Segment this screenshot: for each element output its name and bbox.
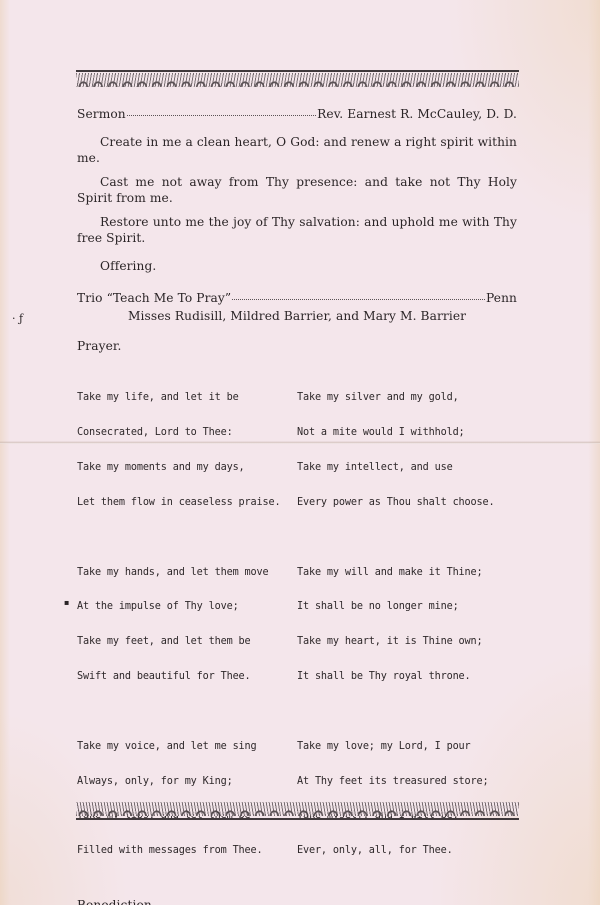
hymn-line: Every power as Thou shalt choose. [297,497,517,509]
top-border-rule [76,70,519,72]
hymn-line: At the impulse of Thy love; [77,601,297,613]
trio-line: Trio “Teach Me To Pray” Penn [77,288,517,306]
hymn-line: Take my love; my Lord, I pour [297,741,517,753]
trio-label: Trio “Teach Me To Pray” [77,290,231,306]
hymn-line: Take my voice, and let me sing [77,741,297,753]
bottom-border-rule [76,818,519,820]
hymn-line: It shall be Thy royal throne. [297,671,517,683]
hymn-line: Filled with messages from Thee. [77,845,297,857]
hymn-line: Swift and beautiful for Thee. [77,671,297,683]
hymn-stanza: Take my hands, and let them move At the … [77,543,297,705]
trio-composer: Penn [486,290,517,306]
dot-leader [232,288,485,302]
hymn-line: Ever, only, all, for Thee. [297,845,517,857]
hymn-line: Take my silver and my gold, [297,392,517,404]
margin-mark: · ƒ [12,312,23,325]
dot-leader [127,104,316,118]
sermon-speaker: Rev. Earnest R. McCauley, D. D. [317,106,517,122]
hymn-line: Take my moments and my days, [77,462,297,474]
scripture-verse-3: Restore unto me the joy of Thy salvation… [77,214,517,246]
hymn-line: Take my intellect, and use [297,462,517,474]
hymn-stanza: Take my love; my Lord, I pour At Thy fee… [297,718,517,880]
prayer-item: Prayer. [77,338,517,354]
hymn-stanza: Take my will and make it Thine; It shall… [297,543,517,705]
hymn-line: Take my will and make it Thine; [297,567,517,579]
hymn-line: Take my heart, it is Thine own; [297,636,517,648]
sermon-label: Sermon [77,106,126,122]
hymn-line: At Thy feet its treasured store; [297,776,517,788]
hymn-line: Let them flow in ceaseless praise. [77,497,297,509]
hymn-stanza: Take my silver and my gold, Not a mite w… [297,369,517,531]
scripture-verse-1: Create in me a clean heart, O God: and r… [77,134,517,166]
hymn-line: It shall be no longer mine; [297,601,517,613]
margin-dot: ▪ [64,598,69,607]
offering-item: Offering. [77,258,517,274]
sermon-line: Sermon Rev. Earnest R. McCauley, D. D. [77,104,517,122]
hymn-line: Take my hands, and let them move [77,567,297,579]
hymn-line: Not a mite would I withhold; [297,427,517,439]
hymn-stanza: Take my voice, and let me sing Always, o… [77,718,297,880]
benediction-item: Benediction. [77,897,517,905]
bottom-decorative-border [76,802,519,816]
trio-performers: Misses Rudisill, Mildred Barrier, and Ma… [77,308,517,324]
hymn-line: Consecrated, Lord to Thee: [77,427,297,439]
scripture-verse-2: Cast me not away from Thy presence: and … [77,174,517,206]
hymn-line: Always, only, for my King; [77,776,297,788]
top-decorative-border [76,73,519,87]
program-content: Sermon Rev. Earnest R. McCauley, D. D. C… [77,104,517,905]
hymn-stanza: Take my life, and let it be Consecrated,… [77,369,297,531]
hymn-line: Take my feet, and let them be [77,636,297,648]
hymn-line: Take my life, and let it be [77,392,297,404]
